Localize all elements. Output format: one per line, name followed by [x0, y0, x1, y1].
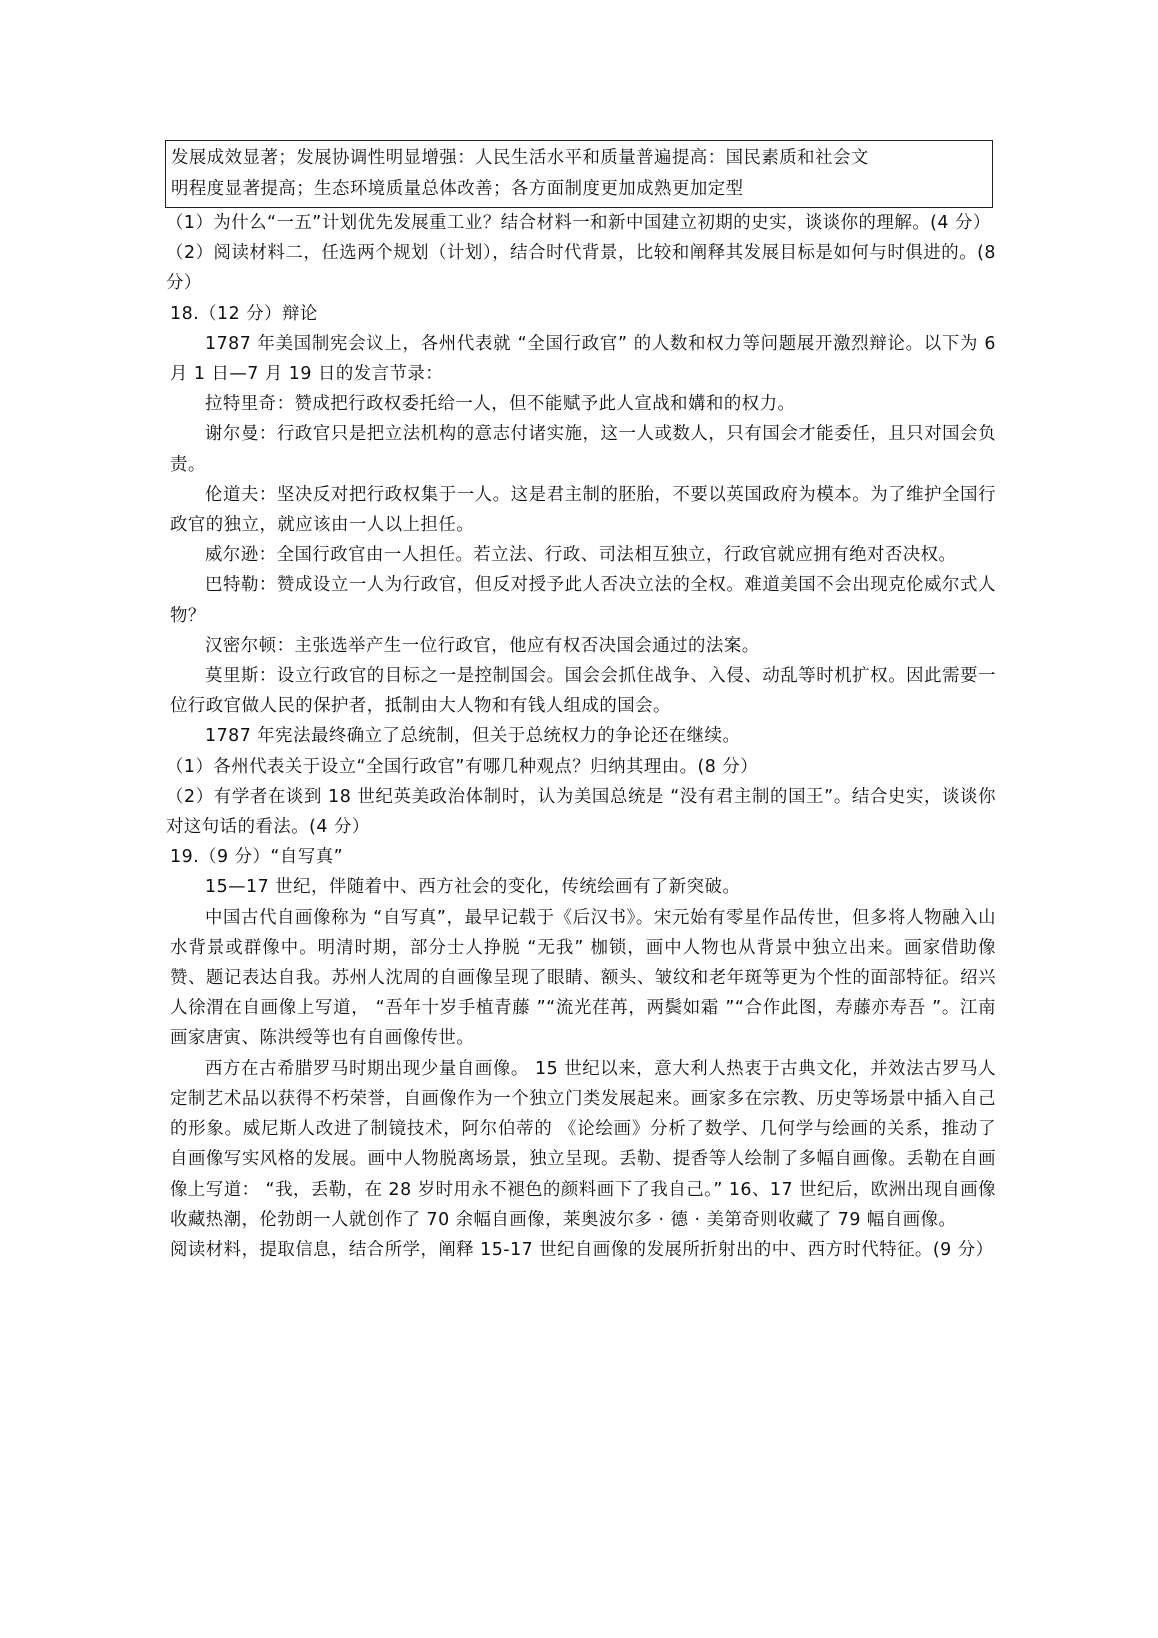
q18-speech: 汉密尔顿：主张选举产生一位行政官，他应有权否决国会通过的法案。 [170, 631, 996, 661]
q18-speech: 伦道夫：坚决反对把行政权集于一人。这是君主制的胚胎，不要以英国政府为模本。为了维… [170, 480, 996, 540]
q17-sub-question-2: （2）阅读材料二，任选两个规划（计划），结合时代背景，比较和阐释其发展目标是如何… [166, 238, 996, 298]
q18-speech: 莫里斯：设立行政官的目标之一是控制国会。国会会抓住战争、入侵、动乱等时机扩权。因… [170, 661, 996, 721]
q19-paragraph: 西方在古希腊罗马时期出现少量自画像。 15 世纪以来，意大利人热衷于古典文化，并… [170, 1054, 996, 1235]
material-box: 发展成效显著；发展协调性明显增强：人民生活水平和质量普遍提高：国民素质和社会文 … [165, 140, 993, 208]
q19-paragraph: 15—17 世纪，伴随着中、西方社会的变化，传统绘画有了新突破。 [170, 872, 996, 902]
q18-conclusion: 1787 年宪法最终确立了总统制，但关于总统权力的争论还在继续。 [170, 721, 996, 751]
q17-sub-question-1: （1）为什么“一五”计划优先发展重工业？结合材料一和新中国建立初期的史实，谈谈你… [166, 208, 996, 238]
q19-paragraph: 中国古代自画像称为 “自写真”，最早记载于《后汉书》。宋元始有零星作品传世，但多… [170, 903, 996, 1054]
q19-heading: 19.（9 分）“自写真” [170, 842, 996, 872]
q18-speech: 威尔逊：全国行政官由一人担任。若立法、行政、司法相互独立，行政官就应拥有绝对否决… [170, 540, 996, 570]
q19-task: 阅读材料，提取信息，结合所学，阐释 15-17 世纪自画像的发展所折射出的中、西… [170, 1235, 996, 1265]
q18-intro: 1787 年美国制宪会议上，各州代表就 “全国行政官” 的人数和权力等问题展开激… [170, 329, 996, 389]
q18-speech: 巴特勒：赞成设立一人为行政官，但反对授予此人否决立法的全权。难道美国不会出现克伦… [170, 570, 996, 630]
material-box-line: 明程度显著提高；生态环境质量总体改善；各方面制度更加成熟更加定型 [171, 174, 986, 205]
q18-speech: 拉特里奇：赞成把行政权委托给一人，但不能赋予此人宣战和媾和的权力。 [170, 389, 996, 419]
q18-sub-question-1: （1）各州代表关于设立“全国行政官”有哪几种观点？归纳其理由。(8 分） [166, 752, 996, 782]
q18-sub-question-2: （2）有学者在谈到 18 世纪英美政治体制时，认为美国总统是 “没有君主制的国王… [166, 782, 996, 842]
q18-heading: 18.（12 分）辩论 [170, 299, 996, 329]
exam-page: 发展成效显著；发展协调性明显增强：人民生活水平和质量普遍提高：国民素质和社会文 … [170, 140, 996, 1265]
material-box-line: 发展成效显著；发展协调性明显增强：人民生活水平和质量普遍提高：国民素质和社会文 [171, 143, 986, 174]
q18-speech: 谢尔曼：行政官只是把立法机构的意志付诸实施，这一人或数人，只有国会才能委任，且只… [170, 419, 996, 479]
